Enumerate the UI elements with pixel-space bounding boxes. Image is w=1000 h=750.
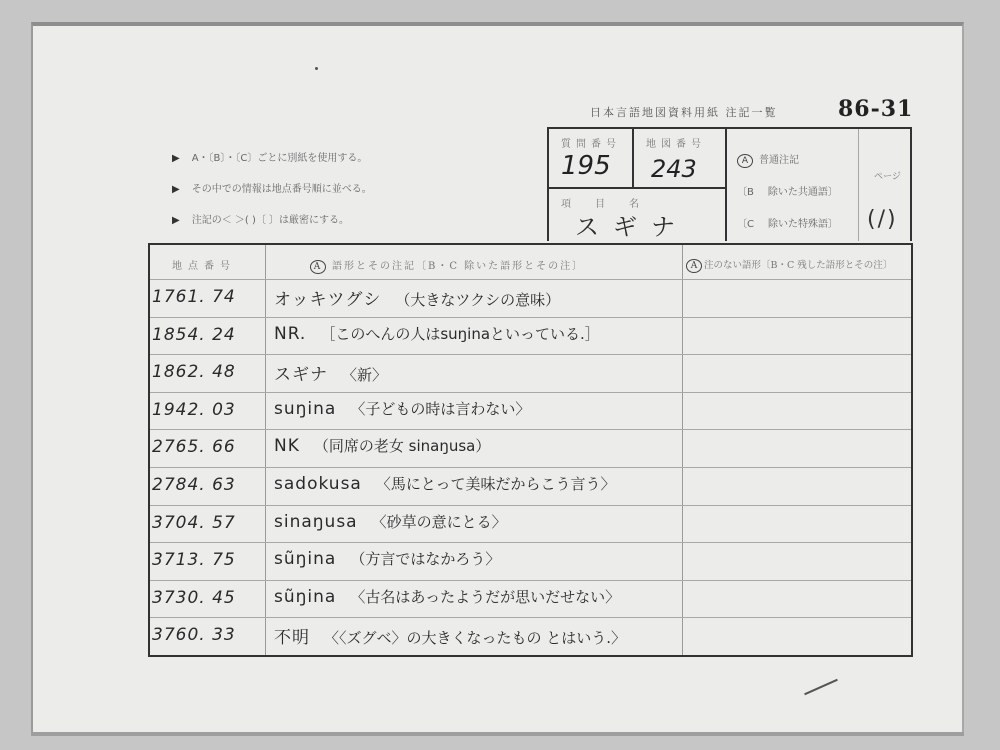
- table-row: 1942. 03suŋina〈子どもの時は言わない〉: [150, 392, 911, 430]
- circled-a-icon: A: [686, 259, 702, 273]
- column-header-plain-forms: A注のない語形〔B・C 残した語形とその注〕: [686, 257, 892, 273]
- divider: [632, 129, 634, 187]
- annotation-note: （同席の老女 sinaŋusa）: [314, 437, 490, 455]
- word-form: オッキツグシ: [274, 290, 381, 310]
- word-form: NR.: [274, 324, 306, 344]
- map-no-label: 地図番号: [646, 135, 706, 150]
- item-name-value: スギナ: [575, 207, 689, 242]
- annotation-note: 〈古名はあったようだが思いだせない〉: [350, 588, 620, 606]
- table-row: 1862. 48スギナ〈新〉: [150, 354, 911, 392]
- word-form-cell: sinaŋusa〈砂草の意にとる〉: [274, 511, 507, 532]
- bullet-triangle-icon: ▶: [172, 215, 180, 226]
- word-form: suŋina: [274, 399, 336, 419]
- divider: [549, 187, 725, 189]
- table-row: 3730. 45sũŋina〈古名はあったようだが思いだせない〉: [150, 580, 911, 618]
- word-form: sũŋina: [274, 587, 336, 607]
- annotation-note: （方言ではなかろう〉: [350, 550, 500, 568]
- instruction-text: その中での情報は地点番号順に並べる。: [192, 184, 372, 195]
- question-no-label: 質問番号: [561, 135, 621, 150]
- word-form-cell: sũŋina〈古名はあったようだが思いだせない〉: [274, 586, 620, 607]
- word-form: sinaŋusa: [274, 512, 358, 532]
- divider: [725, 129, 727, 241]
- paper-speck: [315, 67, 318, 70]
- annotation-note: （大きなツクシの意味）: [395, 291, 560, 309]
- annotation-note: 〈新〉: [342, 366, 387, 384]
- word-form-cell: スギナ〈新〉: [274, 360, 387, 385]
- table-row: 2784. 63sadokusa〈馬にとって美味だからこう言う〉: [150, 467, 911, 505]
- table-row: 3713. 75sũŋina（方言ではなかろう〉: [150, 542, 911, 580]
- annotation-note: 〈子どもの時は言わない〉: [350, 400, 530, 418]
- annotation-note: 〈〈ズグベ〉の大きくなったもの とはいう.〉: [324, 629, 626, 647]
- word-form-cell: sadokusa〈馬にとって美味だからこう言う〉: [274, 473, 616, 494]
- location-number: 1942. 03: [150, 400, 267, 420]
- word-form: 不明: [274, 628, 310, 648]
- option-mark: 〔C: [737, 219, 754, 230]
- location-number: 1761. 74: [150, 287, 267, 307]
- table-row: 3760. 33不明〈〈ズグベ〉の大きくなったもの とはいう.〉: [150, 617, 911, 655]
- bullet-triangle-icon: ▶: [172, 153, 180, 164]
- word-form-cell: 不明〈〈ズグベ〉の大きくなったもの とはいう.〉: [274, 623, 626, 648]
- location-number: 1854. 24: [150, 325, 267, 345]
- form-title: 日本言語地図資料用紙 注記一覧: [590, 104, 778, 120]
- word-form-cell: オッキツグシ（大きなツクシの意味）: [274, 285, 560, 310]
- location-number: 3730. 45: [150, 588, 267, 608]
- option-b-common: 〔B除いた共通語〕: [737, 183, 838, 198]
- option-label: 普通注記: [759, 155, 799, 166]
- annotation-note: ［このへんの人はsuŋinaといっている.］: [320, 325, 599, 343]
- column-header-annotated-forms: A語形とその注記〔B・C 除いた語形とその注〕: [310, 257, 584, 274]
- instruction-text: A・〔B〕・〔C〕ごとに別紙を使用する。: [192, 153, 368, 164]
- instruction-1: ▶A・〔B〕・〔C〕ごとに別紙を使用する。: [172, 149, 367, 164]
- word-form: sadokusa: [274, 474, 362, 494]
- page-value: (/): [867, 207, 898, 232]
- location-number: 2784. 63: [150, 475, 267, 495]
- word-form: スギナ: [274, 365, 328, 385]
- instruction-3: ▶注記の＜ ＞( )〔 〕は厳密にする。: [172, 211, 349, 226]
- word-form-cell: NK（同席の老女 sinaŋusa）: [274, 435, 490, 456]
- table-row: 2765. 66NK（同席の老女 sinaŋusa）: [150, 429, 911, 467]
- instruction-2: ▶その中での情報は地点番号順に並べる。: [172, 180, 372, 195]
- table-row: 1854. 24NR.［このへんの人はsuŋinaといっている.］: [150, 317, 911, 355]
- header-text: 注のない語形〔B・C 残した語形とその注〕: [704, 260, 892, 271]
- option-label: 除いた特殊語〕: [768, 219, 838, 230]
- location-number: 3760. 33: [150, 625, 267, 645]
- location-number: 1862. 48: [150, 362, 267, 382]
- table-row: 3704. 57sinaŋusa〈砂草の意にとる〉: [150, 505, 911, 543]
- circled-a-icon: A: [310, 260, 326, 274]
- annotation-note: 〈馬にとって美味だからこう言う〉: [376, 475, 616, 493]
- question-no-value: 195: [561, 151, 611, 181]
- bullet-triangle-icon: ▶: [172, 184, 180, 195]
- table-row: 1761. 74オッキツグシ（大きなツクシの意味）: [150, 279, 911, 317]
- location-number: 2765. 66: [150, 437, 267, 457]
- divider: [858, 129, 859, 241]
- page-label: ページ: [874, 169, 901, 182]
- map-no-value: 243: [651, 155, 697, 183]
- word-form: sũŋina: [274, 549, 336, 569]
- option-label: 除いた共通語〕: [768, 187, 838, 198]
- location-number: 3713. 75: [150, 550, 267, 570]
- word-form-cell: NR.［このへんの人はsuŋinaといっている.］: [274, 323, 600, 344]
- instruction-text: 注記の＜ ＞( )〔 〕は厳密にする。: [192, 215, 349, 226]
- word-form-cell: sũŋina（方言ではなかろう〉: [274, 548, 500, 569]
- option-c-special: 〔C除いた特殊語〕: [737, 215, 838, 230]
- header-text: 語形とその注記〔B・C 除いた語形とその注〕: [332, 261, 584, 272]
- circled-a-icon: A: [737, 154, 753, 168]
- annotation-table: 地点番号 A語形とその注記〔B・C 除いた語形とその注〕 A注のない語形〔B・C…: [148, 243, 913, 657]
- word-form-cell: suŋina〈子どもの時は言わない〉: [274, 398, 530, 419]
- annotation-note: 〈砂草の意にとる〉: [372, 513, 507, 531]
- word-form: NK: [274, 436, 300, 456]
- header-box: 質問番号 195 地図番号 243 項目名 スギナ A普通注記 〔B除いた共通語…: [547, 127, 912, 241]
- column-header-location: 地点番号: [172, 257, 236, 272]
- option-a-normal-note: A普通注記: [737, 151, 799, 168]
- form-code: 86-31: [838, 96, 913, 122]
- option-mark: 〔B: [737, 187, 754, 198]
- location-number: 3704. 57: [150, 513, 267, 533]
